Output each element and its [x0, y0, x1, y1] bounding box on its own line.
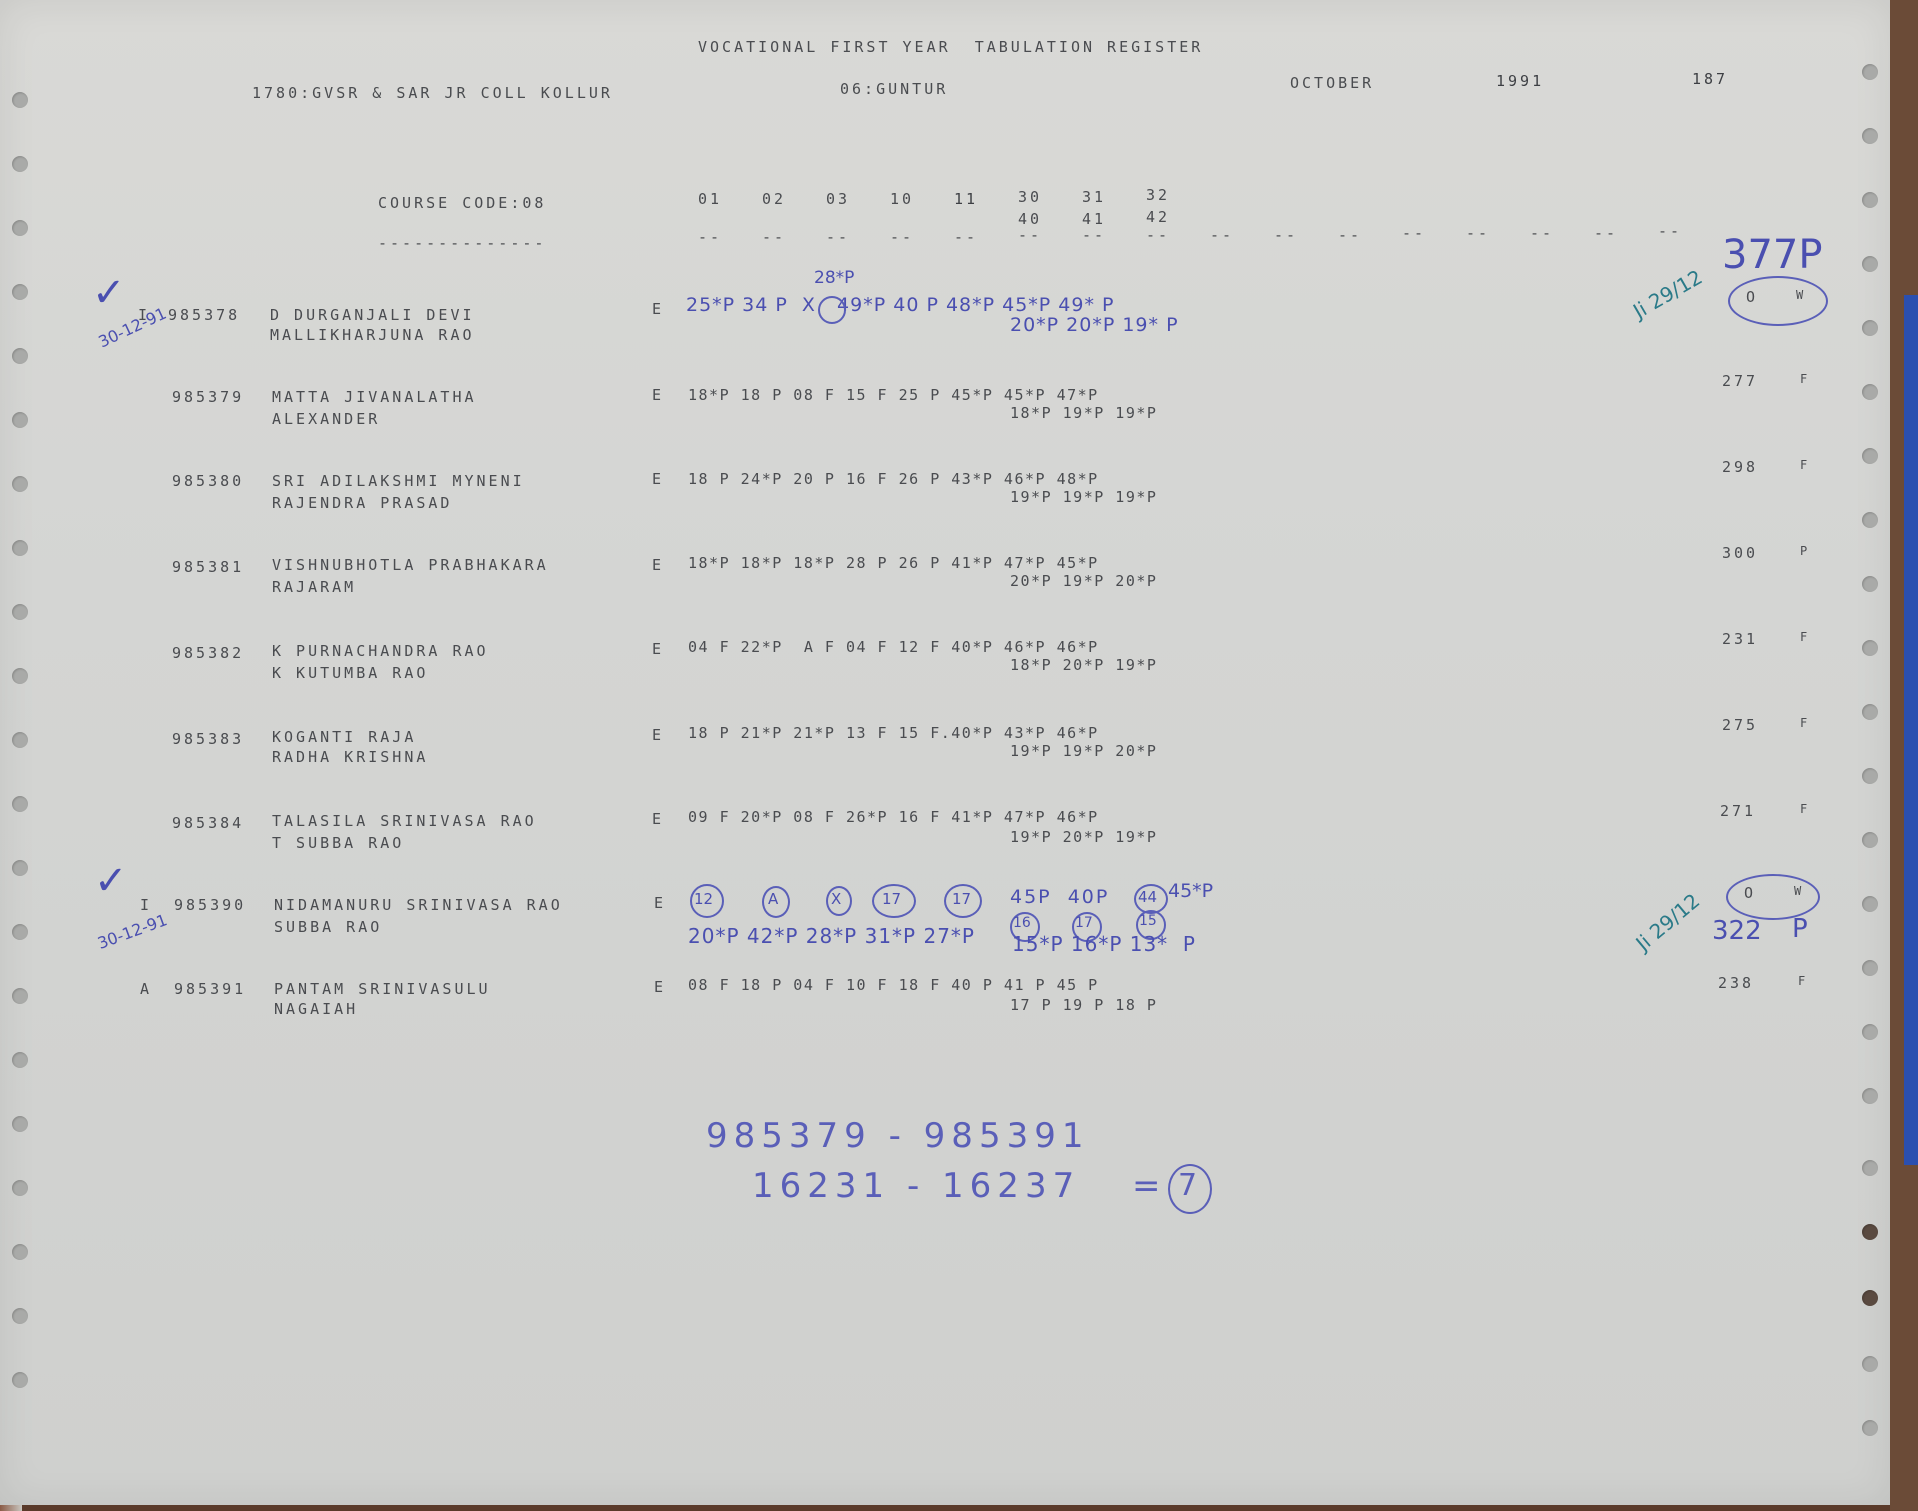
blue-folder-tab — [1904, 295, 1918, 1165]
result-code: W — [1794, 884, 1804, 898]
marks-line-2: 18*P 20*P 19*P — [1010, 656, 1157, 674]
total-marks: 238 — [1718, 974, 1754, 992]
marks-line-1: 25*P 34 P X 49*P 40 P 48*P 45*P 49* P — [686, 294, 1114, 316]
revised-result: P — [1792, 914, 1808, 944]
circled-mark-value: 17 — [1075, 915, 1093, 931]
medium: E — [654, 978, 666, 996]
result-circle — [1728, 276, 1828, 326]
result: F — [1800, 716, 1810, 730]
exam-month: OCTOBER — [1290, 74, 1374, 92]
equals-sign: = — [1132, 1166, 1161, 1206]
result-code: O — [1746, 288, 1758, 306]
result: P — [1800, 544, 1810, 558]
marks-line-2: 19*P 19*P 19*P — [1010, 488, 1157, 506]
medium: E — [652, 386, 664, 404]
revised-total: 377P — [1722, 232, 1822, 278]
checkmark-icon: ✓ — [92, 270, 126, 316]
result-code: W — [1796, 288, 1806, 302]
circled-mark-value: X — [831, 890, 841, 908]
subject-code: 11 — [954, 190, 978, 208]
revised-marks-line-2: 20*P 42*P 28*P 31*P 27*P — [688, 924, 975, 948]
result: F — [1798, 974, 1808, 988]
marks-line-2: 20*P 20*P 19* P — [1010, 314, 1179, 336]
marks-line-1: 04 F 22*P A F 04 F 12 F 40*P 46*P 46*P — [688, 638, 1099, 656]
hall-ticket-number: 985390 — [174, 896, 246, 914]
result: F — [1800, 802, 1810, 816]
circled-mark-value: 17 — [882, 890, 901, 908]
student-name: MATTA JIVANALATHA — [272, 388, 477, 406]
hall-ticket-number: 985382 — [172, 644, 244, 662]
parent-name: RAJARAM — [272, 578, 356, 596]
parent-name: RADHA KRISHNA — [272, 748, 428, 766]
student-name: NIDAMANURU SRINIVASA RAO — [274, 896, 563, 914]
subject-code: 32 — [1146, 186, 1170, 204]
marks-line-1-tail: 45P 40P — [1010, 886, 1109, 908]
exam-year: 1991 — [1496, 72, 1544, 90]
parent-name: ALEXANDER — [272, 410, 380, 428]
course-code: COURSE CODE:08 — [378, 194, 546, 212]
marks-line-2: 18*P 19*P 19*P — [1010, 404, 1157, 422]
district: 06:GUNTUR — [840, 80, 948, 98]
total-marks: 277 — [1722, 372, 1758, 390]
circled-mark-value: A — [768, 890, 778, 908]
medium: E — [652, 640, 664, 658]
hall-ticket-number: 985379 — [172, 388, 244, 406]
parent-name: K KUTUMBA RAO — [272, 664, 428, 682]
student-flag: A — [140, 980, 152, 998]
parent-name: MALLIKHARJUNA RAO — [270, 326, 475, 344]
marks-line-2: 19*P 19*P 20*P — [1010, 742, 1157, 760]
parent-name: SUBBA RAO — [274, 918, 382, 936]
subject-code: 01 — [698, 190, 722, 208]
parent-name: NAGAIAH — [274, 1000, 358, 1018]
medium: E — [652, 556, 664, 574]
subject-code: 10 — [890, 190, 914, 208]
total-marks: 275 — [1722, 716, 1758, 734]
student-flag: I — [138, 306, 150, 324]
revised-total: 322 — [1712, 916, 1762, 946]
total-marks: 231 — [1722, 630, 1758, 648]
marks-line-1: 08 F 18 P 04 F 10 F 18 F 40 P 41 P 45 P — [688, 976, 1099, 994]
student-name: SRI ADILAKSHMI MYNENI — [272, 472, 525, 490]
circled-mark-value: 16 — [1013, 915, 1031, 931]
student-name: VISHNUBHOTLA PRABHAKARA — [272, 556, 549, 574]
circled-mark-value: 12 — [694, 890, 713, 908]
marks-line-1: 09 F 20*P 08 F 26*P 16 F 41*P 47*P 46*P — [688, 808, 1099, 826]
circled-mark — [818, 296, 846, 324]
checkmark-icon: ✓ — [94, 858, 128, 904]
result: F — [1800, 372, 1810, 386]
marks-line-2: 17 P 19 P 18 P — [1010, 996, 1157, 1014]
circled-mark-value: 44 — [1138, 888, 1157, 906]
student-name: TALASILA SRINIVASA RAO — [272, 812, 537, 830]
marks-line-1: 18*P 18 P 08 F 15 F 25 P 45*P 45*P 47*P — [688, 386, 1099, 404]
total-marks: 298 — [1722, 458, 1758, 476]
medium: E — [654, 894, 666, 912]
medium: E — [652, 300, 664, 318]
subject-code: 02 — [762, 190, 786, 208]
hall-ticket-number: 985384 — [172, 814, 244, 832]
student-name: K PURNACHANDRA RAO — [272, 642, 489, 660]
revised-mark: 45*P — [1168, 880, 1213, 902]
student-name: KOGANTI RAJA — [272, 728, 416, 746]
hall-ticket-number: 985380 — [172, 472, 244, 490]
parent-name: T SUBBA RAO — [272, 834, 404, 852]
subject-code: 30 — [1018, 188, 1042, 206]
student-name: D DURGANJALI DEVI — [270, 306, 475, 324]
medium: E — [652, 810, 664, 828]
result: F — [1800, 458, 1810, 472]
subject-code: 31 — [1082, 188, 1106, 206]
parent-name: RAJENDRA PRASAD — [272, 494, 452, 512]
hall-ticket-number: 985378 — [168, 306, 240, 324]
page-number: 187 — [1692, 70, 1728, 88]
serial-range: 16231 - 16237 — [752, 1166, 1080, 1206]
circled-mark-value: 17 — [952, 890, 971, 908]
revised-marks-line-2-tail: 15*P 16*P 13* P — [1012, 932, 1196, 956]
hall-ticket-range: 985379 - 985391 — [706, 1116, 1089, 1156]
marks-line-2: 19*P 20*P 19*P — [1010, 828, 1157, 846]
hall-ticket-number: 985391 — [174, 980, 246, 998]
hall-ticket-number: 985381 — [172, 558, 244, 576]
student-count: 7 — [1178, 1168, 1197, 1203]
medium: E — [652, 726, 664, 744]
marks-line-2: 20*P 19*P 20*P — [1010, 572, 1157, 590]
register-title: VOCATIONAL FIRST YEAR TABULATION REGISTE… — [698, 38, 1203, 56]
circled-mark-value: 15 — [1139, 913, 1157, 929]
student-name: PANTAM SRINIVASULU — [274, 980, 491, 998]
college-name: 1780:GVSR & SAR JR COLL KOLLUR — [252, 84, 613, 102]
result-code: O — [1744, 884, 1756, 902]
subject-code: 42 — [1146, 208, 1170, 226]
marks-line-1: 18 P 24*P 20 P 16 F 26 P 43*P 46*P 48*P — [688, 470, 1099, 488]
total-marks: 300 — [1722, 544, 1758, 562]
hall-ticket-number: 985383 — [172, 730, 244, 748]
result: F — [1800, 630, 1810, 644]
total-marks: 271 — [1720, 802, 1756, 820]
marks-line-1: 18*P 18*P 18*P 28 P 26 P 41*P 47*P 45*P — [688, 554, 1099, 572]
student-flag: I — [140, 896, 152, 914]
marks-line-1: 18 P 21*P 21*P 13 F 15 F.40*P 43*P 46*P — [688, 724, 1099, 742]
subject-code: 03 — [826, 190, 850, 208]
revised-mark: 28*P — [814, 268, 854, 288]
course-code-underline: -------------- — [378, 234, 546, 252]
medium: E — [652, 470, 664, 488]
